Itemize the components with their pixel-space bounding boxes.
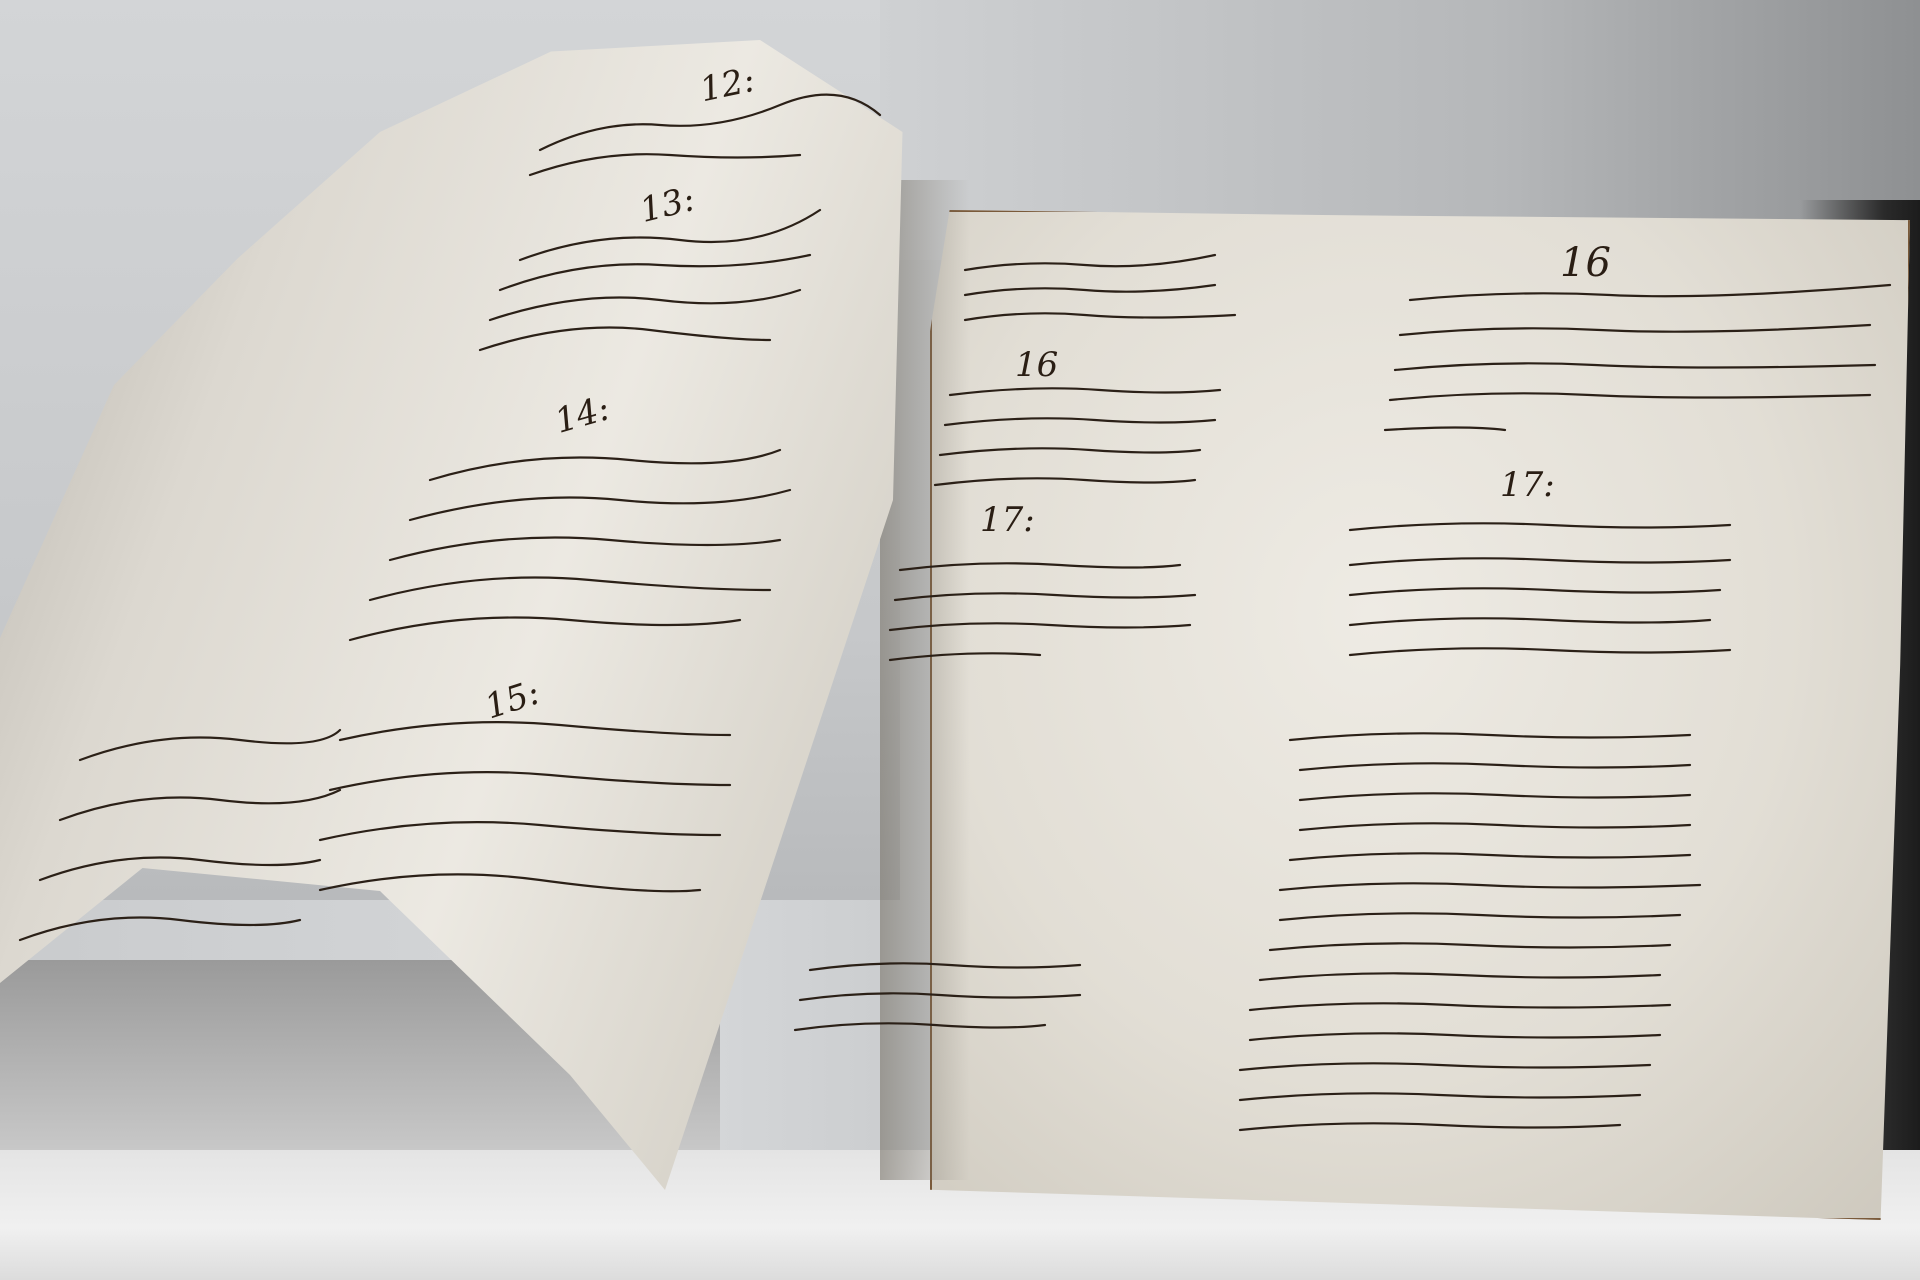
handwriting-strokes xyxy=(0,0,1920,1280)
